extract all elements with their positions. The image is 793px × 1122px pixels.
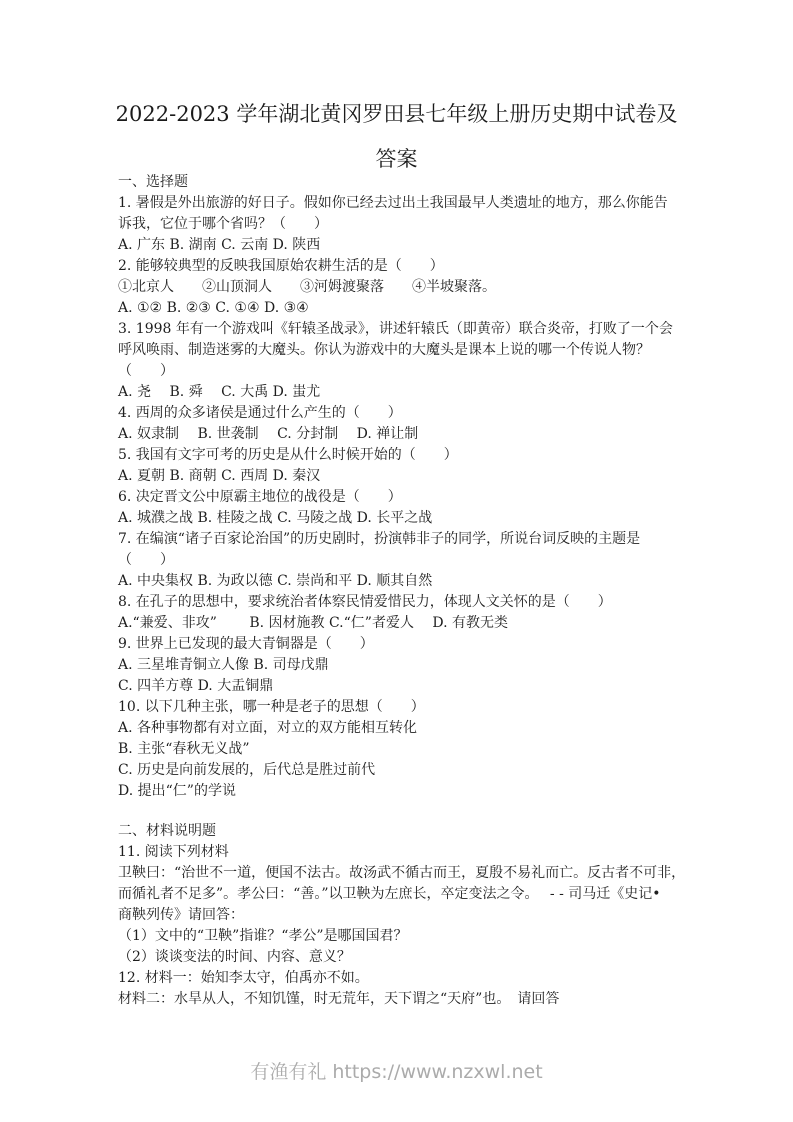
watermark-footer: 有渔有礼 https://www.nzxwl.net [0,1058,793,1086]
text-line: 呼风唤雨、制造迷雾的大魔头。你认为游戏中的大魔头是课本上说的哪一个传说人物？ [118,340,688,361]
text-line: （ ） [118,550,688,571]
text-line: A. 城濮之战 B. 桂陵之战 C. 马陵之战 D. 长平之战 [118,508,688,529]
text-line: 4. 西周的众多诸侯是通过什么产生的（ ） [118,403,688,424]
text-line: 12. 材料一：始知李太守，伯禹亦不如。 [118,968,688,989]
watermark-text: 有渔有礼 https://www.nzxwl.net [250,1061,542,1083]
document-title: 2022-2023 学年湖北黄冈罗田县七年级上册历史期中试卷及 答案 [0,92,793,182]
text-line: A. 尧 B. 舜 C. 大禹 D. 蚩尤 [118,382,688,403]
text-line: ①北京人 ②山顶洞人 ③河姆渡聚落 ④半坡聚落。 [118,277,688,298]
text-line: C. 历史是向前发展的，后代总是胜过前代 [118,760,688,781]
text-line: 一、选择题 [118,172,688,193]
text-line: B. 主张“春秋无义战” [118,739,688,760]
text-line: A. 奴隶制 B. 世袭制 C. 分封制 D. 禅让制 [118,424,688,445]
text-line: A. 三星堆青铜立人像 B. 司母戊鼎 [118,655,688,676]
text-line: （2）谈谈变法的时间、内容、意义？ [118,947,688,968]
text-line: 6. 决定晋文公中原霸主地位的战役是（ ） [118,487,688,508]
text-line: 7. 在编演“诸子百家论治国”的历史剧时，扮演韩非子的同学，所说台词反映的主题是 [118,529,688,550]
text-line: D. 提出“仁”的学说 [118,781,688,802]
text-line: （ ） [118,361,688,382]
text-line: C. 四羊方尊 D. 大盂铜鼎 [118,676,688,697]
text-line: 商鞅列传》请回答： [118,905,688,926]
text-line: A. 中央集权 B. 为政以德 C. 崇尚和平 D. 顺其自然 [118,571,688,592]
text-line: A.“兼爱、非攻” B. 因材施教 C.“仁”者爱人 D. 有教无类 [118,613,688,634]
text-line: A. ①② B. ②③ C. ①④ D. ③④ [118,298,688,319]
document-title-line-1: 2022-2023 学年湖北黄冈罗田县七年级上册历史期中试卷及 [0,92,793,137]
blank-line [118,802,688,821]
text-line: 3. 1998 年有一个游戏叫《轩辕圣战录》，讲述轩辕氏（即黄帝）联合炎帝，打败… [118,319,688,340]
text-line: 8. 在孔子的思想中，要求统治者体察民情爱惜民力，体现人文关怀的是（ ） [118,592,688,613]
text-line: 诉我，它位于哪个省吗？（ ） [118,214,688,235]
text-line: A. 广东 B. 湖南 C. 云南 D. 陕西 [118,235,688,256]
document-body: 一、选择题1. 暑假是外出旅游的好日子。假如你已经去过出土我国最早人类遗址的地方… [118,172,688,1010]
text-line: 1. 暑假是外出旅游的好日子。假如你已经去过出土我国最早人类遗址的地方，那么你能… [118,193,688,214]
text-line: 2. 能够较典型的反映我国原始农耕生活的是（ ） [118,256,688,277]
text-line: 卫鞅曰：“治世不一道，便国不法古。故汤武不循古而王，夏殷不易礼而亡。反古者不可非… [118,863,688,884]
text-line: （1）文中的“卫鞅”指谁？“孝公”是哪国国君？ [118,926,688,947]
text-line: 9. 世界上已发现的最大青铜器是（ ） [118,634,688,655]
text-line: 10. 以下几种主张，哪一种是老子的思想（ ） [118,697,688,718]
text-line: 二、材料说明题 [118,821,688,842]
exam-paper-page: 2022-2023 学年湖北黄冈罗田县七年级上册历史期中试卷及 答案 一、选择题… [0,0,793,1122]
text-line: A. 各种事物都有对立面，对立的双方能相互转化 [118,718,688,739]
text-line: A. 夏朝 B. 商朝 C. 西周 D. 秦汉 [118,466,688,487]
text-line: 而循礼者不足多”。孝公曰：“善。”以卫鞅为左庶长，卒定变法之令。 - - 司马迁… [118,884,688,905]
text-line: 材料二：水旱从人，不知饥馑，时无荒年，天下谓之“天府”也。 请回答 [118,989,688,1010]
text-line: 5. 我国有文字可考的历史是从什么时候开始的（ ） [118,445,688,466]
text-line: 11. 阅读下列材料 [118,842,688,863]
